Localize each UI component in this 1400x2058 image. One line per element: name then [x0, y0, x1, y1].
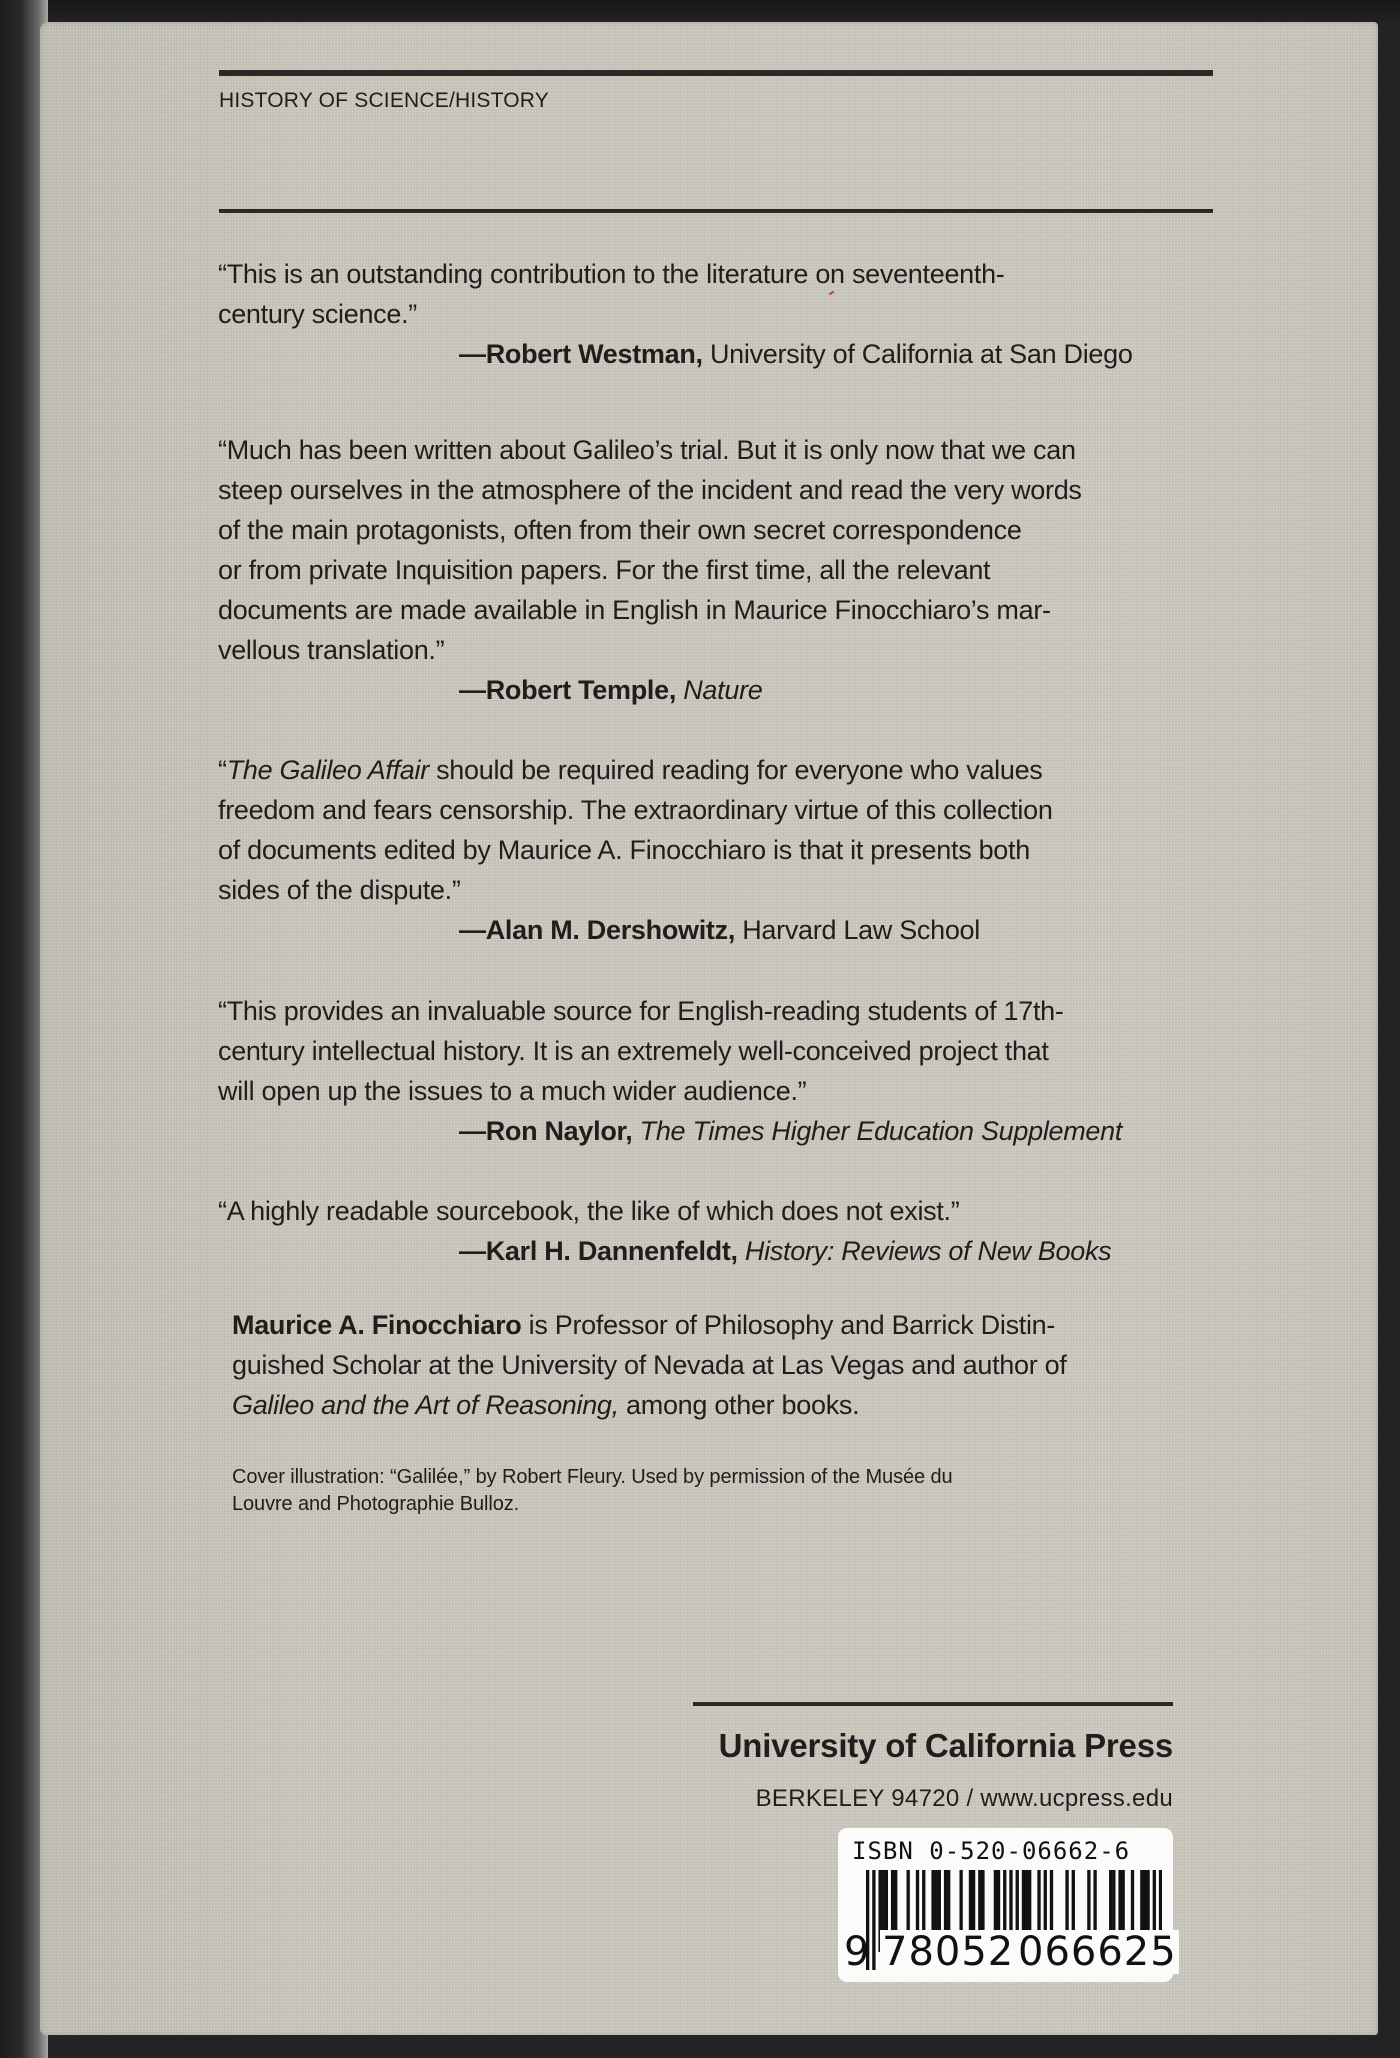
other-book-title: Galileo and the Art of Reasoning,	[232, 1390, 619, 1420]
quote-text: “Much has been written about Galileo’s t…	[218, 430, 1218, 670]
reviewer-publication: Nature	[676, 675, 762, 705]
quote-attribution: —Robert Temple, Nature	[218, 670, 1218, 710]
back-cover-page: HISTORY OF SCIENCE/HISTORY “This is an o…	[40, 22, 1378, 2035]
review-quote-temple: “Much has been written about Galileo’s t…	[218, 430, 1218, 710]
quote-text: “A highly readable sourcebook, the like …	[218, 1191, 1218, 1231]
publisher-rule	[693, 1702, 1173, 1706]
publisher-name: University of California Press	[719, 1726, 1173, 1766]
quote-attribution: —Ron Naylor, The Times Higher Education …	[218, 1111, 1218, 1151]
quote-attribution: —Karl H. Dannenfeldt, History: Reviews o…	[218, 1231, 1218, 1271]
reviewer-publication: The Times Higher Education Supplement	[632, 1116, 1122, 1146]
reviewer-name: —Alan M. Dershowitz,	[459, 915, 735, 945]
review-quote-dannenfeldt: “A highly readable sourcebook, the like …	[218, 1191, 1218, 1271]
reviewer-publication: History: Reviews of New Books	[738, 1236, 1112, 1266]
review-quote-dershowitz: “The Galileo Affair should be required r…	[218, 750, 1218, 950]
reviewer-name: —Robert Temple,	[459, 675, 676, 705]
subject-category-label: HISTORY OF SCIENCE/HISTORY	[219, 86, 549, 116]
quote-attribution: —Alan M. Dershowitz, Harvard Law School	[218, 910, 1218, 950]
reviewer-affiliation: Harvard Law School	[735, 915, 980, 945]
review-quote-westman: “This is an outstanding contribution to …	[218, 254, 1218, 374]
publisher-address: BERKELEY 94720 / www.ucpress.edu	[756, 1784, 1173, 1814]
review-quote-naylor: “This provides an invaluable source for …	[218, 991, 1218, 1151]
header-rule	[219, 209, 1213, 213]
quote-text: “The Galileo Affair should be required r…	[218, 750, 1218, 910]
isbn-number: ISBN 0-520-06662-6	[852, 1837, 1130, 1865]
reviewer-name: —Robert Westman,	[459, 339, 703, 369]
quote-text: “This is an outstanding contribution to …	[218, 254, 1218, 334]
book-title: The Galileo Affair	[227, 755, 429, 785]
cover-illustration-credit: Cover illustration: “Galilée,” by Robert…	[232, 1464, 1232, 1518]
author-name: Maurice A. Finocchiaro	[232, 1310, 521, 1340]
top-rule	[219, 70, 1213, 76]
author-bio: Maurice A. Finocchiaro is Professor of P…	[232, 1305, 1232, 1425]
isbn-barcode-label: ISBN 0-520-06662-6 9 780520 066625	[838, 1828, 1173, 1982]
background-shadow-top	[0, 0, 1400, 24]
quote-text: “This provides an invaluable source for …	[218, 991, 1218, 1111]
quote-attribution: —Robert Westman, University of Californi…	[218, 334, 1218, 374]
reviewer-name: —Ron Naylor,	[459, 1116, 632, 1146]
reviewer-affiliation: University of California at San Diego	[703, 339, 1133, 369]
reviewer-name: —Karl H. Dannenfeldt,	[459, 1236, 738, 1266]
